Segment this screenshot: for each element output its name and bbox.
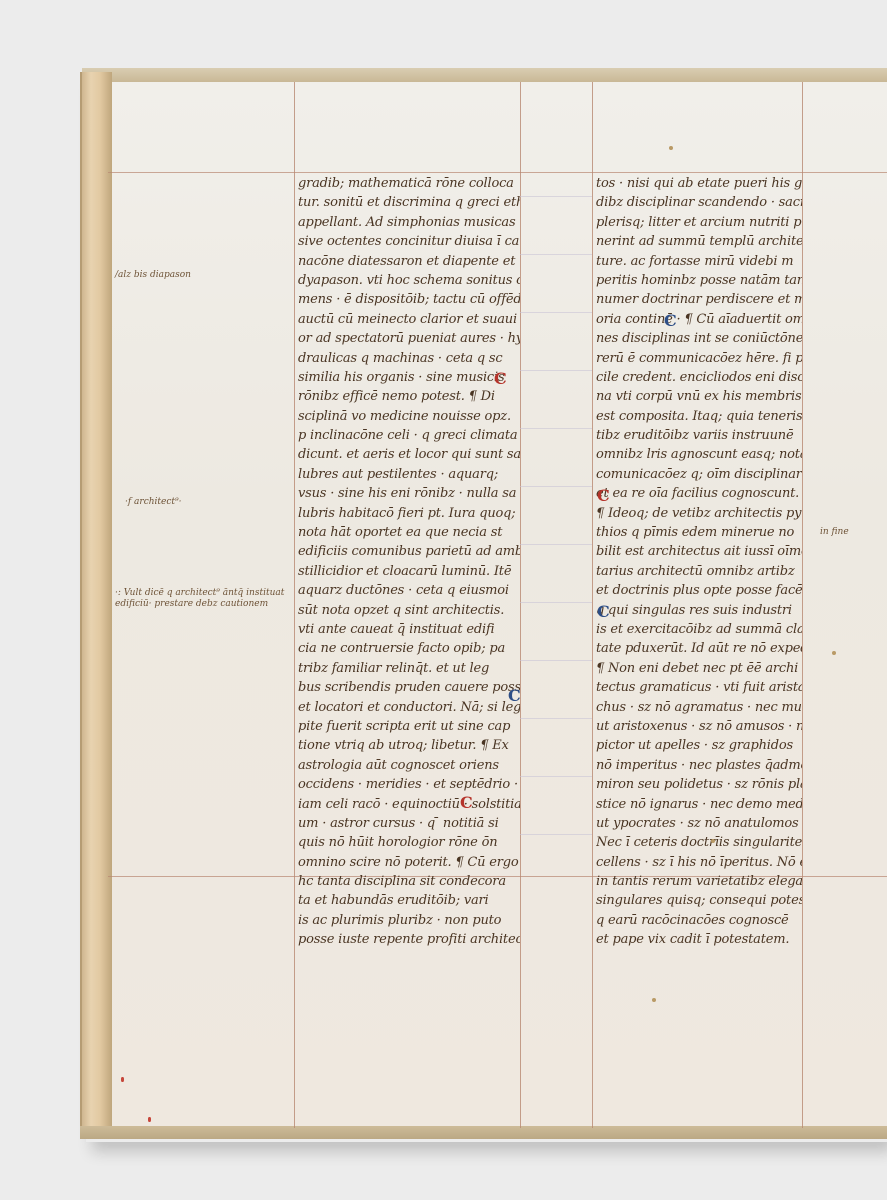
text-line: stillicidior et cloacarū luminū. Itē bbox=[298, 562, 520, 581]
text-line: um · astror cursus · q ̄ notitiā si bbox=[298, 814, 520, 833]
text-line: et ea re oīa facilius cognoscunt. ¶ Et bbox=[596, 484, 802, 503]
text-line: iam celi racō · equinoctiū · solstitia bbox=[298, 795, 520, 814]
text-line: in tantis rerum varietatibz elegantias bbox=[596, 872, 802, 891]
text-line: tectus gramaticus · vti fuit aristar bbox=[596, 678, 802, 697]
text-line: gradib; mathematicā rōne colloca bbox=[298, 174, 520, 193]
rubric-paragraph-mark-blue: C bbox=[508, 686, 521, 705]
ruling-line-left-col-end bbox=[520, 82, 521, 1128]
stain-speck bbox=[652, 998, 656, 1002]
text-line: q qui singulas res suis industri bbox=[596, 601, 802, 620]
text-line: omnino scire nō poterit. ¶ Cū ergo bbox=[298, 853, 520, 872]
text-line: similia his organis · sine musicis bbox=[298, 368, 520, 387]
text-line: tione vtriq ab utroq; libetur. ¶ Ex bbox=[298, 736, 520, 755]
text-line: appellant. Ad simphonias musicas bbox=[298, 213, 520, 232]
text-line: hc tanta disciplina sit condecora bbox=[298, 872, 520, 891]
text-line: ture. ac fortasse mirū videbi m bbox=[596, 252, 802, 271]
text-line: stice nō ignarus · nec demo medic bbox=[596, 795, 802, 814]
text-line: dicunt. et aeris et locor qui sunt sa bbox=[298, 445, 520, 464]
text-line: draulicas q machinas · ceta q sc bbox=[298, 349, 520, 368]
margin-gloss-in-fine: in fine bbox=[820, 527, 880, 538]
bottom-page-edge bbox=[80, 1126, 887, 1139]
text-line: ta et habundās eruditōib; vari bbox=[298, 891, 520, 910]
text-line: pite fuerit scripta erit ut sine cap bbox=[298, 717, 520, 736]
text-line: peritis hominbz posse natām tantū bbox=[596, 271, 802, 290]
text-line: tate pduxerūt. Id aūt re nō expedit. bbox=[596, 639, 802, 658]
text-line: sciplinā vo medicine nouisse opz. bbox=[298, 407, 520, 426]
text-line: or ad spectatorū pueniat aures · hy bbox=[298, 329, 520, 348]
binding-edge bbox=[80, 72, 112, 1138]
text-line: mens · ē dispositōib; tactu cū offēdit. bbox=[298, 290, 520, 309]
text-line: dyapason. vti hoc schema sonitus cōne bbox=[298, 271, 520, 290]
text-line: astrologia aūt cognoscet oriens bbox=[298, 756, 520, 775]
text-line: posse iuste repente profiti architec bbox=[298, 930, 520, 949]
text-line: omnibz lris agnoscunt easq; notas bbox=[596, 445, 802, 464]
text-line: ¶ Ideoq; de vetibz architectis py bbox=[596, 504, 802, 523]
text-line: nota hāt oportet ea que necia st bbox=[298, 523, 520, 542]
text-line: nacōne diatessaron et diapente et bbox=[298, 252, 520, 271]
text-line: chus · sz nō agramatus · nec musicus bbox=[596, 698, 802, 717]
text-line: comunicacōez q; oīm disciplinar bbox=[596, 465, 802, 484]
ruling-line-top bbox=[108, 172, 887, 173]
text-line: et pape vix cadit ī potestatem. bbox=[596, 930, 802, 949]
text-line: ¶ Non eni debet nec pt ēē archi bbox=[596, 659, 802, 678]
text-line: vsus · sine his eni rōnibz · nulla sa bbox=[298, 484, 520, 503]
text-line: quis nō hūit horologior rōne ōn bbox=[298, 833, 520, 852]
text-line: nerint ad summū templū architec bbox=[596, 232, 802, 251]
text-line: tarius architectū omnibz artibz bbox=[596, 562, 802, 581]
stain-speck bbox=[711, 839, 715, 843]
ruling-line-right-col-end bbox=[802, 82, 803, 1128]
stain-speck bbox=[832, 651, 836, 655]
text-line: q earū racōcinacōes cognoscē bbox=[596, 911, 802, 930]
text-line: sive octentes concinitur diuisa ī ca bbox=[298, 232, 520, 251]
text-line: nes disciplinas int se coniūctōnez bbox=[596, 329, 802, 348]
text-line: aquarz ductōnes · ceta q eiusmoi bbox=[298, 581, 520, 600]
margin-gloss-diapason: /alz bis diapason bbox=[115, 270, 275, 281]
text-line: p inclinacōne celi · q greci climata bbox=[298, 426, 520, 445]
ruling-line-left-col-start bbox=[294, 82, 295, 1128]
text-line: dibz disciplinar scandendo · sacn bbox=[596, 193, 802, 212]
text-line: thios q pīmis edem minerue no bbox=[596, 523, 802, 542]
text-line: rōnibz efficē nemo potest. ¶ Di bbox=[298, 387, 520, 406]
rubric-paragraph-mark-red: C bbox=[494, 369, 507, 388]
text-line: Nec ī ceteris doctrīis singulariter ex bbox=[596, 833, 802, 852]
margin-gloss-architectus: ·f architect⁹· bbox=[125, 497, 275, 508]
text-line: vti ante caueat q̄ instituat edifi bbox=[298, 620, 520, 639]
text-line: plerisq; litter et arcium nutriti pue bbox=[596, 213, 802, 232]
text-line: nō imperitus · nec plastes q̄admodū bbox=[596, 756, 802, 775]
text-line: est composita. Itaq; quia teneris eta bbox=[596, 407, 802, 426]
text-line: et locatori et conductori. Nā; si lege bbox=[298, 698, 520, 717]
text-line: lubres aut pestilentes · aquarq; bbox=[298, 465, 520, 484]
text-line: cellens · sz ī his nō īperitus. Nō eni bbox=[596, 853, 802, 872]
text-line: occidens · meridies · et septēdrio · et bbox=[298, 775, 520, 794]
text-line: singulares quisq; consequi potest. bbox=[596, 891, 802, 910]
text-column-right: tos · nisi qui ab etate pueri his gra di… bbox=[596, 174, 802, 950]
red-stain-speck bbox=[148, 1117, 151, 1122]
text-line: tribz familiar relinq̄t. et ut leg bbox=[298, 659, 520, 678]
text-line: na vti corpū vnū ex his membris bbox=[596, 387, 802, 406]
rubric-paragraph-mark-blue: C bbox=[664, 311, 677, 330]
text-line: bilit est architectus ait iussī oīme bbox=[596, 542, 802, 561]
rubric-paragraph-mark-blue: C bbox=[597, 602, 610, 621]
top-page-edge bbox=[82, 68, 887, 82]
text-line: numer doctrinar perdiscere et mē bbox=[596, 290, 802, 309]
text-line: tibz eruditōibz variis instruunē bbox=[596, 426, 802, 445]
text-line: is et exercitacōibz ad summā clari bbox=[596, 620, 802, 639]
text-line: oria continē · ¶ Cū aīaduertit om bbox=[596, 310, 802, 329]
text-line: et doctrinis plus opte posse facē bbox=[596, 581, 802, 600]
ruling-line-right-col-start bbox=[592, 82, 593, 1128]
text-line: cia ne contruersie facto opib; pa bbox=[298, 639, 520, 658]
text-line: tos · nisi qui ab etate pueri his gra bbox=[596, 174, 802, 193]
text-line: auctū cū meinecto clarior et suaui bbox=[298, 310, 520, 329]
text-line: tur. sonitū et discrimina q greci ethca bbox=[298, 193, 520, 212]
stain-speck bbox=[669, 146, 673, 150]
text-line: ut ypocrates · sz nō anatulomos bbox=[596, 814, 802, 833]
text-line: pictor ut apelles · sz graphidos bbox=[596, 736, 802, 755]
text-line: is ac plurimis pluribz · non puto bbox=[298, 911, 520, 930]
red-stain-speck bbox=[121, 1077, 124, 1082]
text-line: edificiis comunibus parietū ad ambitū bbox=[298, 542, 520, 561]
margin-gloss-cautionem: ·: Vult dicē q architect⁹ āntq̄ institua… bbox=[115, 588, 285, 610]
text-line: miron seu polidetus · sz rōnis pla bbox=[596, 775, 802, 794]
text-line: ut aristoxenus · sz nō amusos · nec bbox=[596, 717, 802, 736]
text-line: bus scribendis pruden cauere possit bbox=[298, 678, 520, 697]
text-line: rerū ē communicacōez hēre. fi posse fa bbox=[596, 349, 802, 368]
rubric-paragraph-mark-red: C bbox=[597, 486, 610, 505]
text-line: sūt nota opzet q sint architectis. bbox=[298, 601, 520, 620]
text-column-left: gradib; mathematicā rōne colloca tur. so… bbox=[298, 174, 520, 950]
text-line: lubris habitacō fieri pt. Iura quoq; bbox=[298, 504, 520, 523]
text-line: cile credent. encicliodos eni discipli bbox=[596, 368, 802, 387]
rubric-paragraph-mark-red: C bbox=[460, 793, 473, 812]
